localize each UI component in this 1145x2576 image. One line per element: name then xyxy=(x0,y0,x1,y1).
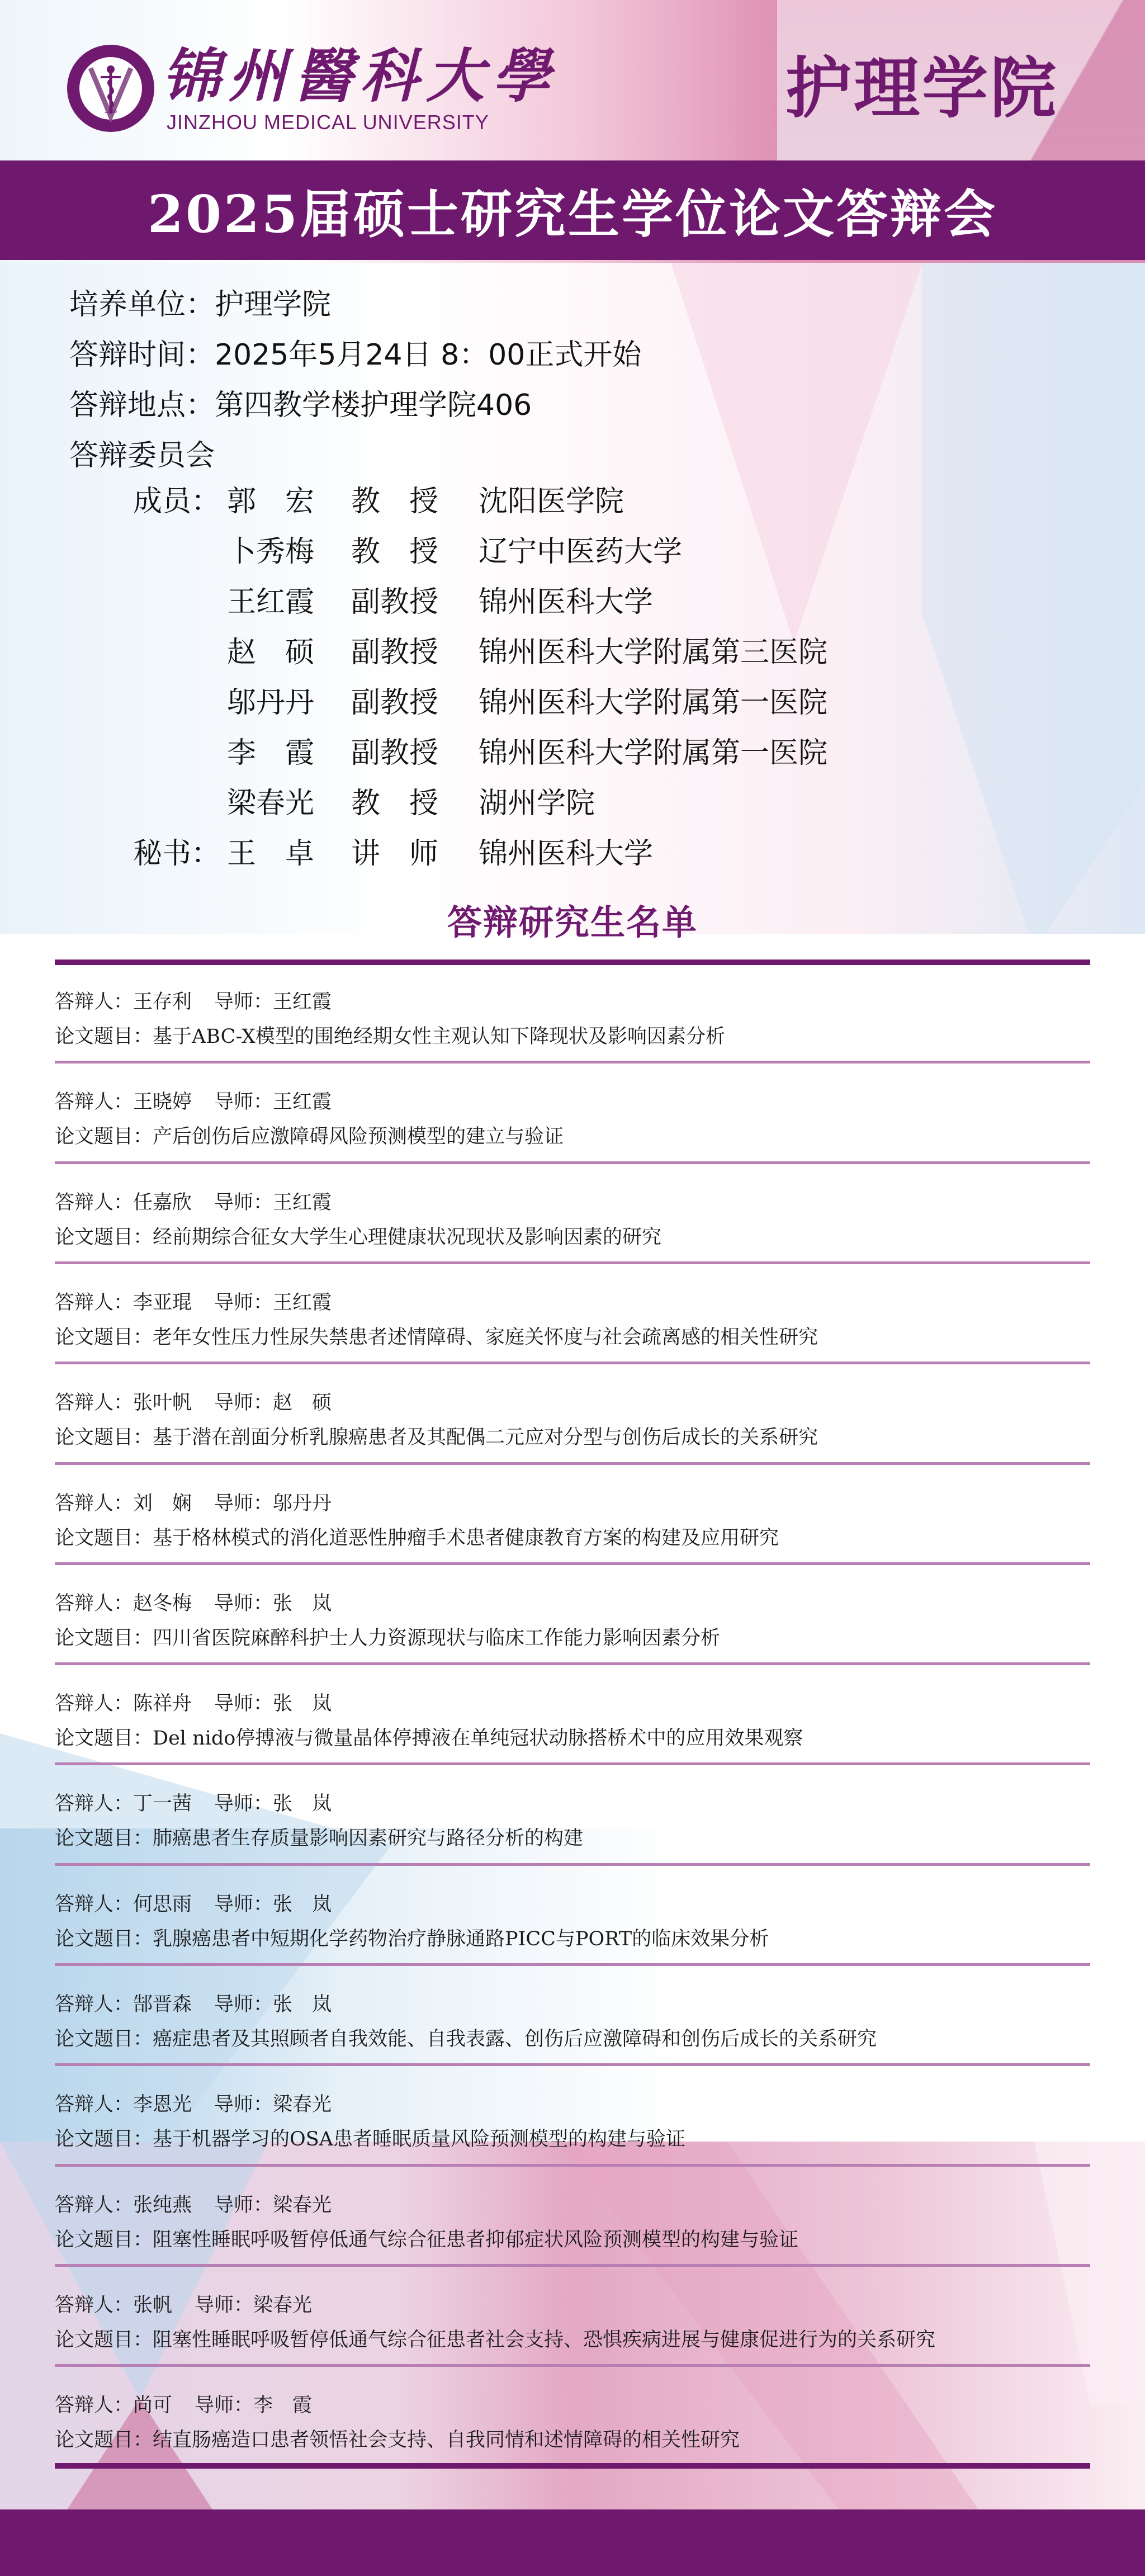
advisor-label: 导师： xyxy=(214,1592,273,1615)
thesis-topic: 经前期综合征女大学生心理健康状况现状及影响因素的研究 xyxy=(153,1226,661,1249)
student-name: 何思雨 xyxy=(133,1893,192,1916)
topic-label: 论文题目： xyxy=(55,1827,153,1850)
info-place-value: 第四教学楼护理学院406 xyxy=(215,389,532,422)
student-entry: 答辩人：李亚琨导师：王红霞论文题目：老年女性压力性尿失禁患者述情障碍、家庭关怀度… xyxy=(55,1266,1090,1367)
student-label: 答辩人： xyxy=(55,2394,133,2417)
topic-label: 论文题目： xyxy=(55,2229,153,2251)
entry-separator xyxy=(55,1562,1090,1565)
college-name: 护理学院 xyxy=(786,49,1058,127)
student-name: 张帆 xyxy=(133,2294,172,2317)
committee-institution: 湖州学院 xyxy=(479,778,595,829)
advisor-label: 导师： xyxy=(214,1993,273,2016)
thesis-topic: 肺癌患者生存质量影响因素研究与路径分析的构建 xyxy=(153,1827,583,1850)
student-name: 张叶帆 xyxy=(133,1392,192,1414)
committee-heading: 答辩委员会 xyxy=(69,431,641,481)
info-place-label: 答辩地点： xyxy=(69,380,215,431)
info-time-label: 答辩时间： xyxy=(69,330,215,380)
committee-role: 秘书： xyxy=(133,829,227,879)
info-unit: 培养单位：护理学院 xyxy=(69,280,641,330)
info-place: 答辩地点：第四教学楼护理学院406 xyxy=(69,380,641,431)
student-name: 郜晋森 xyxy=(133,1993,192,2016)
topic-label: 论文题目： xyxy=(55,2128,153,2150)
committee-name: 赵 硕 xyxy=(227,627,350,678)
entry-separator xyxy=(55,1462,1090,1465)
student-entry: 答辩人：张帆导师：梁春光论文题目：阻塞性睡眠呼吸暂停低通气综合征患者社会支持、恐… xyxy=(55,2268,1090,2369)
entry-separator xyxy=(55,2264,1090,2267)
student-label: 答辩人： xyxy=(55,1793,133,1815)
committee-name: 王红霞 xyxy=(227,577,350,627)
entry-topic-line: 论文题目：结直肠癌造口患者领悟社会支持、自我同情和述情障碍的相关性研究 xyxy=(55,2428,740,2452)
advisor-name: 王红霞 xyxy=(273,1091,332,1113)
topic-label: 论文题目： xyxy=(55,2329,153,2351)
student-name: 任嘉欣 xyxy=(133,1192,192,1214)
advisor-label: 导师： xyxy=(214,1793,273,1815)
advisor-label: 导师： xyxy=(214,1492,273,1515)
student-label: 答辩人： xyxy=(55,1993,133,2016)
entry-topic-line: 论文题目：乳腺癌患者中短期化学药物治疗静脉通路PICC与PORT的临床效果分析 xyxy=(55,1927,769,1951)
thesis-topic: 老年女性压力性尿失禁患者述情障碍、家庭关怀度与社会疏离感的相关性研究 xyxy=(153,1326,818,1349)
entry-topic-line: 论文题目：经前期综合征女大学生心理健康状况现状及影响因素的研究 xyxy=(55,1225,661,1250)
entry-student-line: 答辩人：王晓婷导师：王红霞 xyxy=(55,1090,332,1114)
advisor-label: 导师： xyxy=(214,2194,273,2216)
student-entry: 答辩人：张纯燕导师：梁春光论文题目：阻塞性睡眠呼吸暂停低通气综合征患者抑郁症状风… xyxy=(55,2168,1090,2269)
advisor-label: 导师： xyxy=(214,1292,273,1314)
advisor-name: 王红霞 xyxy=(273,1192,332,1214)
info-unit-label: 培养单位： xyxy=(69,280,215,330)
entry-student-line: 答辩人：刘 娴导师：邬丹丹 xyxy=(55,1491,332,1516)
entry-topic-line: 论文题目：老年女性压力性尿失禁患者述情障碍、家庭关怀度与社会疏离感的相关性研究 xyxy=(55,1325,818,1350)
entry-topic-line: 论文题目：产后创伤后应激障碍风险预测模型的建立与验证 xyxy=(55,1124,564,1149)
advisor-label: 导师： xyxy=(195,2294,253,2317)
topic-label: 论文题目： xyxy=(55,1426,153,1449)
student-label: 答辩人： xyxy=(55,2093,133,2116)
committee-institution: 辽宁中医药大学 xyxy=(479,527,682,577)
committee-institution: 锦州医科大学 xyxy=(479,577,653,627)
student-label: 答辩人： xyxy=(55,1392,133,1414)
advisor-label: 导师： xyxy=(214,2093,273,2116)
university-name-cn: 锦州醫科大學 xyxy=(162,42,558,110)
committee-institution: 锦州医科大学附属第一医院 xyxy=(479,728,827,778)
advisor-name: 赵 硕 xyxy=(273,1392,332,1414)
student-name: 丁一茜 xyxy=(133,1793,192,1815)
student-entry: 答辩人：尚可导师：李 霞论文题目：结直肠癌造口患者领悟社会支持、自我同情和述情障… xyxy=(55,2369,1090,2469)
thesis-topic: 产后创伤后应激障碍风险预测模型的建立与验证 xyxy=(153,1126,564,1148)
student-entry: 答辩人：丁一茜导师：张 岚论文题目：肺癌患者生存质量影响因素研究与路径分析的构建 xyxy=(55,1767,1090,1868)
student-entry: 答辩人：赵冬梅导师：张 岚论文题目：四川省医院麻醉科护士人力资源现状与临床工作能… xyxy=(55,1567,1090,1667)
student-name: 王晓婷 xyxy=(133,1091,192,1113)
committee-institution: 沈阳医学院 xyxy=(479,476,624,527)
topic-label: 论文题目： xyxy=(55,1226,153,1249)
student-label: 答辩人： xyxy=(55,1091,133,1113)
title-band: 2025届硕士研究生学位论文答辩会 xyxy=(0,160,1145,260)
advisor-name: 张 岚 xyxy=(273,1993,332,2016)
committee-title: 副教授 xyxy=(351,577,474,627)
entry-topic-line: 论文题目：肺癌患者生存质量影响因素研究与路径分析的构建 xyxy=(55,1826,583,1851)
student-entry: 答辩人：陈祥舟导师：张 岚论文题目：Del nido停搏液与微量晶体停搏液在单纯… xyxy=(55,1667,1090,1767)
student-label: 答辩人： xyxy=(55,991,133,1013)
student-label: 答辩人： xyxy=(55,2194,133,2216)
entry-student-line: 答辩人：张纯燕导师：梁春光 xyxy=(55,2193,332,2218)
topic-label: 论文题目： xyxy=(55,1727,153,1750)
student-name: 王存利 xyxy=(133,991,192,1013)
topic-label: 论文题目： xyxy=(55,1126,153,1148)
student-label: 答辩人： xyxy=(55,2294,133,2317)
advisor-name: 梁春光 xyxy=(253,2294,312,2317)
entry-separator xyxy=(55,1662,1090,1665)
thesis-topic: 基于机器学习的OSA患者睡眠质量风险预测模型的构建与验证 xyxy=(153,2128,685,2150)
committee-institution: 锦州医科大学附属第三医院 xyxy=(479,627,827,678)
thesis-topic: 基于潜在剖面分析乳腺癌患者及其配偶二元应对分型与创伤后成长的关系研究 xyxy=(153,1426,818,1449)
entry-student-line: 答辩人：郜晋森导师：张 岚 xyxy=(55,1992,332,2017)
committee-name: 李 霞 xyxy=(227,728,350,778)
student-entry: 答辩人：王晓婷导师：王红霞论文题目：产后创伤后应激障碍风险预测模型的建立与验证 xyxy=(55,1065,1090,1166)
entry-topic-line: 论文题目：四川省医院麻醉科护士人力资源现状与临床工作能力影响因素分析 xyxy=(55,1626,720,1651)
committee-name: 郭 宏 xyxy=(227,476,350,527)
committee-title: 副教授 xyxy=(351,678,474,728)
student-entry: 答辩人：刘 娴导师：邬丹丹论文题目：基于格林模式的消化道恶性肿瘤手术患者健康教育… xyxy=(55,1467,1090,1567)
committee-name: 邬丹丹 xyxy=(227,678,350,728)
thesis-topic: 阻塞性睡眠呼吸暂停低通气综合征患者抑郁症状风险预测模型的构建与验证 xyxy=(153,2229,798,2251)
committee-title: 副教授 xyxy=(351,627,474,678)
entry-student-line: 答辩人：丁一茜导师：张 岚 xyxy=(55,1792,332,1816)
advisor-name: 王红霞 xyxy=(273,991,332,1013)
student-label: 答辩人： xyxy=(55,1592,133,1615)
entry-separator xyxy=(55,1261,1090,1264)
student-label: 答辩人： xyxy=(55,1492,133,1515)
topic-label: 论文题目： xyxy=(55,2028,153,2050)
page-title: 2025届硕士研究生学位论文答辩会 xyxy=(148,173,997,247)
advisor-name: 李 霞 xyxy=(253,2394,312,2417)
student-label: 答辩人： xyxy=(55,1893,133,1916)
advisor-label: 导师： xyxy=(214,1192,273,1214)
student-name: 李恩光 xyxy=(133,2093,192,2116)
student-label: 答辩人： xyxy=(55,1693,133,1715)
university-name-en: JINZHOU MEDICAL UNIVERSITY xyxy=(167,111,489,134)
advisor-name: 梁春光 xyxy=(273,2194,332,2216)
entry-student-line: 答辩人：赵冬梅导师：张 岚 xyxy=(55,1591,332,1616)
entry-separator xyxy=(55,1362,1090,1364)
student-entry: 答辩人：任嘉欣导师：王红霞论文题目：经前期综合征女大学生心理健康状况现状及影响因… xyxy=(55,1166,1090,1266)
topic-label: 论文题目： xyxy=(55,1527,153,1549)
advisor-label: 导师： xyxy=(214,1091,273,1113)
university-logo-icon: 1946 xyxy=(66,44,155,133)
entry-topic-line: 论文题目：癌症患者及其照顾者自我效能、自我表露、创伤后应激障碍和创伤后成长的关系… xyxy=(55,2027,877,2052)
entry-separator xyxy=(55,1161,1090,1164)
list-top-rule xyxy=(55,959,1090,965)
committee-title: 教 授 xyxy=(351,778,474,829)
thesis-topic: 四川省医院麻醉科护士人力资源现状与临床工作能力影响因素分析 xyxy=(153,1627,720,1649)
student-name: 刘 娴 xyxy=(133,1492,192,1515)
entry-student-line: 答辩人：陈祥舟导师：张 岚 xyxy=(55,1691,332,1716)
student-name: 张纯燕 xyxy=(133,2194,192,2216)
committee-name: 王 卓 xyxy=(227,829,350,879)
advisor-name: 张 岚 xyxy=(273,1793,332,1815)
committee-title: 讲 师 xyxy=(351,829,474,879)
advisor-name: 张 岚 xyxy=(273,1693,332,1715)
advisor-name: 梁春光 xyxy=(273,2093,332,2116)
info-time-value: 2025年5月24日 8：00正式开始 xyxy=(215,338,641,372)
student-label: 答辩人： xyxy=(55,1292,133,1314)
advisor-label: 导师： xyxy=(195,2394,253,2417)
list-bottom-rule xyxy=(55,2463,1090,2469)
committee-title: 教 授 xyxy=(351,476,474,527)
entry-topic-line: 论文题目：基于ABC-X模型的围绝经期女性主观认知下降现状及影响因素分析 xyxy=(55,1024,725,1049)
entry-student-line: 答辩人：王存利导师：王红霞 xyxy=(55,990,332,1014)
committee-title: 副教授 xyxy=(351,728,474,778)
advisor-name: 张 岚 xyxy=(273,1592,332,1615)
student-name: 李亚琨 xyxy=(133,1292,192,1314)
topic-label: 论文题目： xyxy=(55,2429,153,2451)
entry-topic-line: 论文题目：Del nido停搏液与微量晶体停搏液在单纯冠状动脉搭桥术中的应用效果… xyxy=(55,1726,803,1751)
thesis-topic: 结直肠癌造口患者领悟社会支持、自我同情和述情障碍的相关性研究 xyxy=(153,2429,740,2451)
thesis-topic: 癌症患者及其照顾者自我效能、自我表露、创伤后应激障碍和创伤后成长的关系研究 xyxy=(153,2028,877,2050)
event-info: 培养单位：护理学院 答辩时间：2025年5月24日 8：00正式开始 答辩地点：… xyxy=(69,280,641,481)
student-name: 尚可 xyxy=(133,2394,172,2417)
advisor-label: 导师： xyxy=(214,991,273,1013)
svg-text:1946: 1946 xyxy=(105,109,117,115)
topic-label: 论文题目： xyxy=(55,1326,153,1349)
committee-institution: 锦州医科大学附属第一医院 xyxy=(479,678,827,728)
entry-separator xyxy=(55,2364,1090,2367)
student-name: 赵冬梅 xyxy=(133,1592,192,1615)
entry-separator xyxy=(55,2063,1090,2066)
thesis-topic: 基于格林模式的消化道恶性肿瘤手术患者健康教育方案的构建及应用研究 xyxy=(153,1527,779,1549)
thesis-topic: 阻塞性睡眠呼吸暂停低通气综合征患者社会支持、恐惧疾病进展与健康促进行为的关系研究 xyxy=(153,2329,935,2351)
topic-label: 论文题目： xyxy=(55,1627,153,1649)
entry-student-line: 答辩人：张帆导师：梁春光 xyxy=(55,2293,312,2318)
committee-role: 成员： xyxy=(133,476,227,527)
committee-name: 卜秀梅 xyxy=(227,527,350,577)
info-time: 答辩时间：2025年5月24日 8：00正式开始 xyxy=(69,330,641,380)
thesis-topic: 基于ABC-X模型的围绝经期女性主观认知下降现状及影响因素分析 xyxy=(153,1025,725,1048)
entry-separator xyxy=(55,1061,1090,1064)
entry-topic-line: 论文题目：基于潜在剖面分析乳腺癌患者及其配偶二元应对分型与创伤后成长的关系研究 xyxy=(55,1425,818,1450)
entry-student-line: 答辩人：李亚琨导师：王红霞 xyxy=(55,1291,332,1315)
committee-name: 梁春光 xyxy=(227,778,350,829)
topic-label: 论文题目： xyxy=(55,1025,153,1048)
advisor-label: 导师： xyxy=(214,1392,273,1414)
entry-topic-line: 论文题目：基于格林模式的消化道恶性肿瘤手术患者健康教育方案的构建及应用研究 xyxy=(55,1526,779,1551)
student-label: 答辩人： xyxy=(55,1192,133,1214)
entry-student-line: 答辩人：何思雨导师：张 岚 xyxy=(55,1892,332,1917)
committee-title: 教 授 xyxy=(351,527,474,577)
advisor-name: 邬丹丹 xyxy=(273,1492,332,1515)
student-entry: 答辩人：李恩光导师：梁春光论文题目：基于机器学习的OSA患者睡眠质量风险预测模型… xyxy=(55,2068,1090,2168)
advisor-name: 张 岚 xyxy=(273,1893,332,1916)
entry-separator xyxy=(55,1762,1090,1765)
student-entry: 答辩人：何思雨导师：张 岚论文题目：乳腺癌患者中短期化学药物治疗静脉通路PICC… xyxy=(55,1868,1090,1968)
student-entry: 答辩人：郜晋森导师：张 岚论文题目：癌症患者及其照顾者自我效能、自我表露、创伤后… xyxy=(55,1968,1090,2068)
entry-separator xyxy=(55,1863,1090,1866)
entry-student-line: 答辩人：李恩光导师：梁春光 xyxy=(55,2092,332,2117)
thesis-topic: Del nido停搏液与微量晶体停搏液在单纯冠状动脉搭桥术中的应用效果观察 xyxy=(153,1727,803,1750)
entry-topic-line: 论文题目：基于机器学习的OSA患者睡眠质量风险预测模型的构建与验证 xyxy=(55,2127,685,2152)
student-entry: 答辩人：王存利导师：王红霞论文题目：基于ABC-X模型的围绝经期女性主观认知下降… xyxy=(55,965,1090,1066)
student-list-heading: 答辩研究生名单 xyxy=(0,895,1145,951)
footer-band xyxy=(0,2509,1145,2576)
committee-institution: 锦州医科大学 xyxy=(479,829,653,879)
student-entry: 答辩人：张叶帆导师：赵 硕论文题目：基于潜在剖面分析乳腺癌患者及其配偶二元应对分… xyxy=(55,1366,1090,1467)
advisor-label: 导师： xyxy=(214,1693,273,1715)
topic-label: 论文题目： xyxy=(55,1928,153,1950)
advisor-name: 王红霞 xyxy=(273,1292,332,1314)
thesis-topic: 乳腺癌患者中短期化学药物治疗静脉通路PICC与PORT的临床效果分析 xyxy=(153,1928,769,1950)
advisor-label: 导师： xyxy=(214,1893,273,1916)
entry-student-line: 答辩人：任嘉欣导师：王红霞 xyxy=(55,1190,332,1215)
entry-student-line: 答辩人：尚可导师：李 霞 xyxy=(55,2393,312,2418)
header: 1946 锦州醫科大學 JINZHOU MEDICAL UNIVERSITY 护… xyxy=(0,0,1145,160)
entry-separator xyxy=(55,2164,1090,2167)
entry-separator xyxy=(55,1963,1090,1966)
entry-topic-line: 论文题目：阻塞性睡眠呼吸暂停低通气综合征患者社会支持、恐惧疾病进展与健康促进行为… xyxy=(55,2328,935,2352)
entry-topic-line: 论文题目：阻塞性睡眠呼吸暂停低通气综合征患者抑郁症状风险预测模型的构建与验证 xyxy=(55,2228,798,2252)
entry-student-line: 答辩人：张叶帆导师：赵 硕 xyxy=(55,1391,332,1415)
info-unit-value: 护理学院 xyxy=(215,288,331,322)
student-name: 陈祥舟 xyxy=(133,1693,192,1715)
